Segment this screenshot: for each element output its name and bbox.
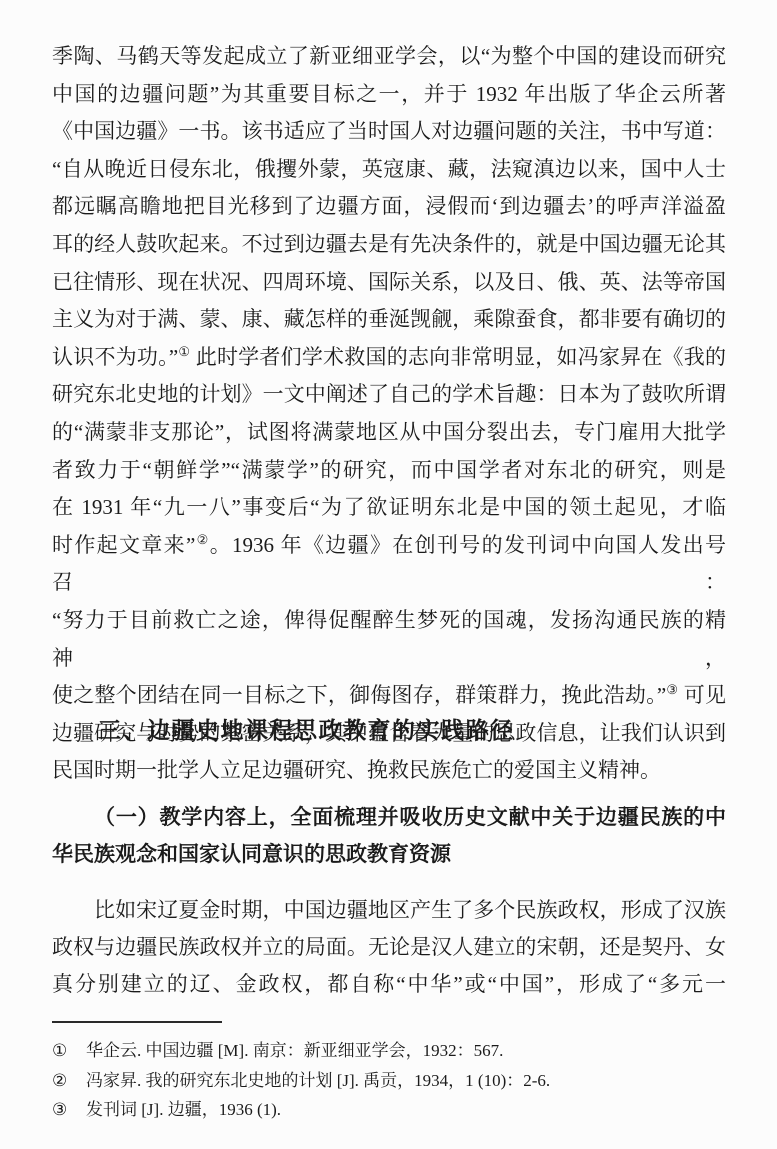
footnote-text: 发刊词 [J]. 边疆，1936 (1). xyxy=(86,1100,281,1119)
text-line: 使之整个团结在同一目标之下，御侮图存，群策群力，挽此浩劫。”③ 可见 xyxy=(52,677,726,715)
paragraph: 比如宋辽夏金时期，中国边疆地区产生了多个民族政权，形成了汉族 政权与边疆民族政权… xyxy=(52,892,726,1003)
text-line: 政权与边疆民族政权并立的局面。无论是汉人建立的宋朝，还是契丹、女 xyxy=(52,929,726,966)
text-line: 在 1931 年“九一八”事变后“为了欲证明东北是中国的领土起见，才临 xyxy=(52,489,726,527)
footnotes: ①华企云. 中国边疆 [M]. 南京：新亚细亚学会，1932：567. ②冯家昇… xyxy=(52,1036,726,1125)
subsection-heading: （一）教学内容上，全面梳理并吸收历史文献中关于边疆民族的中 华民族观念和国家认同… xyxy=(52,799,726,873)
text-line: 已往情形、现在状况、四周环境、国际关系，以及日、俄、英、法等帝国 xyxy=(52,264,726,302)
text-line: 中国的边疆问题”为其重要目标之一，并于 1932 年出版了华企云所著 xyxy=(52,76,726,114)
footnote-marker: ① xyxy=(52,1036,86,1066)
text-line: 认识不为功。”① 此时学者们学术救国的志向非常明显，如冯家昇在《我的 xyxy=(52,339,726,377)
footnote: ②冯家昇. 我的研究东北史地的计划 [J]. 禹贡，1934，1 (10)：2-… xyxy=(52,1066,726,1096)
text-line: 华民族观念和国家认同意识的思政教育资源 xyxy=(52,836,726,873)
footnote-text: 华企云. 中国边疆 [M]. 南京：新亚细亚学会，1932：567. xyxy=(86,1041,503,1060)
footnote-marker: ② xyxy=(52,1066,86,1096)
paragraph-continuation: 季陶、马鹤天等发起成立了新亚细亚学会，以“为整个中国的建设而研究 中国的边疆问题… xyxy=(52,38,726,790)
text-line: 季陶、马鹤天等发起成立了新亚细亚学会，以“为整个中国的建设而研究 xyxy=(52,38,726,76)
footnote-text: 冯家昇. 我的研究东北史地的计划 [J]. 禹贡，1934，1 (10)：2-6… xyxy=(86,1071,550,1090)
footnote-marker: ③ xyxy=(52,1095,86,1125)
text-line: 都远瞩高瞻地把目光移到了边疆方面，浸假而‘到边疆去’的呼声洋溢盈 xyxy=(52,188,726,226)
text-line: “自从晚近日侵东北，俄攫外蒙，英寇康、藏，法窥滇边以来，国中人士 xyxy=(52,151,726,189)
footnote: ③发刊词 [J]. 边疆，1936 (1). xyxy=(52,1095,726,1125)
text-line: “努力于目前救亡之途，俾得促醒醉生梦死的国魂，发扬沟通民族的精神， xyxy=(52,602,726,677)
text-line: （一）教学内容上，全面梳理并吸收历史文献中关于边疆民族的中 xyxy=(52,799,726,836)
text-line: 民国时期一批学人立足边疆研究、挽救民族危亡的爱国主义精神。 xyxy=(52,752,726,790)
text-line: 真分别建立的辽、金政权，都自称“中华”或“中国”，形成了“多元一 xyxy=(52,966,726,1003)
text-line: 主义为对于满、蒙、康、藏怎样的垂涎觊觎，乘隙蚕食，都非要有确切的 xyxy=(52,301,726,339)
text-line: 者致力于“朝鲜学”“满蒙学”的研究，而中国学者对东北的研究，则是 xyxy=(52,452,726,490)
text-line: 《中国边疆》一书。该书适应了当时国人对边疆问题的关注，书中写道： xyxy=(52,113,726,151)
text-line: 的“满蒙非支那论”，试图将满蒙地区从中国分裂出去，专门雇用大批学 xyxy=(52,414,726,452)
footnote-separator xyxy=(52,1021,222,1023)
text-line: 研究东北史地的计划》一文中阐述了自己的学术旨趣：日本为了鼓吹所谓 xyxy=(52,376,726,414)
footnote: ①华企云. 中国边疆 [M]. 南京：新亚细亚学会，1932：567. xyxy=(52,1036,726,1066)
section-heading: 三、边疆史地课程思政教育的实践路径 xyxy=(52,714,726,748)
text-line: 比如宋辽夏金时期，中国边疆地区产生了多个民族政权，形成了汉族 xyxy=(52,892,726,929)
text-line: 时作起文章来”②。1936 年《边疆》在创刊号的发刊词中向国人发出号召： xyxy=(52,527,726,602)
text-line: 耳的经人鼓吹起来。不过到边疆去是有先决条件的，就是中国边疆无论其 xyxy=(52,226,726,264)
document-page: 季陶、马鹤天等发起成立了新亚细亚学会，以“为整个中国的建设而研究 中国的边疆问题… xyxy=(0,0,777,1149)
